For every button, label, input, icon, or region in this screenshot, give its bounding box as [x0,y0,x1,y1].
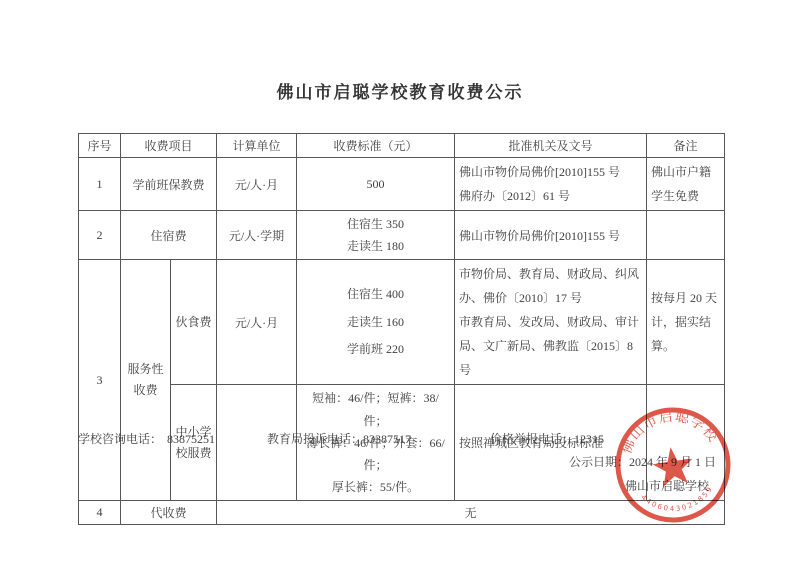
row3-no: 3 [79,260,121,501]
row2-item: 住宿费 [121,211,217,260]
signature-school-name: 佛山市启聪学校 [625,477,709,494]
price-phone-label: 价格举报电话： [490,432,574,446]
document-title: 佛山市启聪学校教育收费公示 [0,78,800,103]
table-row-4: 4 代收费 无 [79,501,725,525]
row2-authority: 佛山市物价局佛价[2010]155 号 [455,211,647,260]
bureau-phone-number: 83387517 [363,432,411,446]
header-authority: 批准机关及文号 [455,134,647,158]
row1-authority: 佛山市物价局佛价[2010]155 号 佛府办〔2012〕61 号 [455,158,647,211]
row2-no: 2 [79,211,121,260]
document-page: 佛山市启聪学校教育收费公示 序号 收费项目 计算单位 收费标准（元） 批准机关及… [0,0,800,565]
table-row-1: 1 学前班保教费 元/人·月 500 佛山市物价局佛价[2010]155 号 佛… [79,158,725,211]
row3-meal-unit: 元/人·月 [217,260,297,385]
row1-note: 佛山市户籍 学生免费 [647,158,725,211]
table-row-2: 2 住宿费 元/人·学期 住宿生 350 走读生 180 佛山市物价局佛价[20… [79,211,725,260]
table-row-3-meal: 3 服务性收费 伙食费 元/人·月 住宿生 400 走读生 160 学前班 22… [79,260,725,385]
header-standard: 收费标准（元） [297,134,455,158]
row2-note [647,211,725,260]
row1-unit: 元/人·月 [217,158,297,211]
row4-item: 代收费 [121,501,217,525]
publish-date: 公示日期：2024 年 9 月 1 日 [569,453,716,470]
row3-uniform-standard-line1: 短袖：46/件；短裤：38/件； [301,387,450,431]
row2-unit: 元/人·学期 [217,211,297,260]
bureau-phone-label: 教育局投诉电话： [267,432,363,446]
row3-meal-standard-line3: 学前班 220 [301,336,450,364]
school-phone-label: 学校咨询电话： [78,432,162,446]
school-phone: 学校咨询电话：83875251 [78,430,215,447]
publish-date-value: 2024 年 9 月 1 日 [629,455,716,469]
row3-group: 服务性收费 [121,260,171,501]
row3-meal-authority-doc2: 市教育局、发改局、财政局、审计局、文广新局、佛教监〔2015〕8 号 [459,310,642,382]
row3-uniform-standard-line3: 厚长裤：55/件。 [301,476,450,498]
bureau-phone: 教育局投诉电话：83387517 [267,430,411,447]
row3-meal-authority-doc1: 市物价局、教育局、财政局、纠风办、佛价〔2010〕17 号 [459,262,642,310]
row1-no: 1 [79,158,121,211]
header-unit: 计算单位 [217,134,297,158]
row3-meal-note: 按每月 20 天计，据实结算。 [647,260,725,385]
row3-meal-item: 伙食费 [171,260,217,385]
row2-standard: 住宿生 350 走读生 180 [297,211,455,260]
header-note: 备注 [647,134,725,158]
row4-value: 无 [217,501,725,525]
price-phone: 价格举报电话：12315 [490,430,604,447]
row1-note-line2: 学生免费 [651,184,720,208]
publish-date-label: 公示日期： [569,455,629,469]
row1-note-line1: 佛山市户籍 [651,160,720,184]
school-phone-number: 83875251 [167,432,215,446]
row3-meal-authority: 市物价局、教育局、财政局、纠风办、佛价〔2010〕17 号 市教育局、发改局、财… [455,260,647,385]
row3-meal-standard-line2: 走读生 160 [301,309,450,337]
header-item: 收费项目 [121,134,217,158]
row4-no: 4 [79,501,121,525]
row1-authority-line1: 佛山市物价局佛价[2010]155 号 [459,160,642,184]
row3-meal-standard-line1: 住宿生 400 [301,281,450,309]
header-no: 序号 [79,134,121,158]
price-phone-number: 12315 [574,432,604,446]
row1-authority-line2: 佛府办〔2012〕61 号 [459,184,642,208]
table-header-row: 序号 收费项目 计算单位 收费标准（元） 批准机关及文号 备注 [79,134,725,158]
row1-standard: 500 [297,158,455,211]
row2-standard-line2: 走读生 180 [301,235,450,257]
row2-standard-line1: 住宿生 350 [301,213,450,235]
row3-meal-standard: 住宿生 400 走读生 160 学前班 220 [297,260,455,385]
row1-item: 学前班保教费 [121,158,217,211]
